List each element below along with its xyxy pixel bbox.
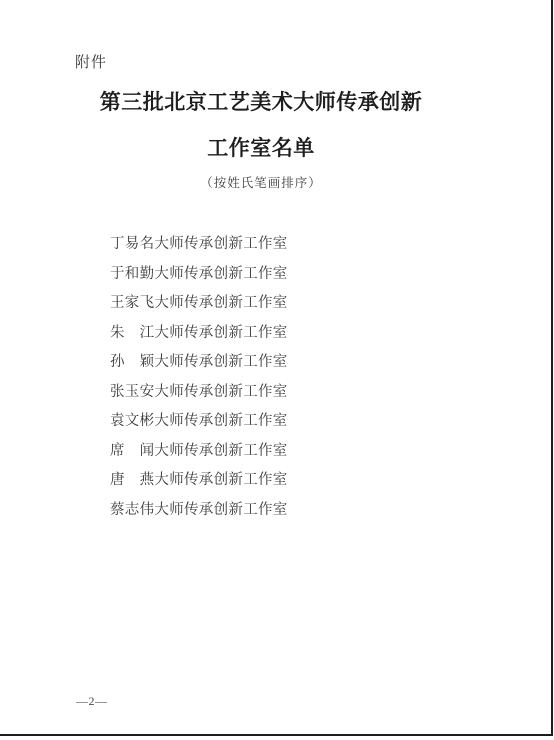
attachment-label: 附件 xyxy=(75,51,107,72)
page-number: —2— xyxy=(76,694,108,709)
studio-list-item: 朱 江大师传承创新工作室 xyxy=(110,319,470,349)
studio-list-item: 孙 颖大师传承创新工作室 xyxy=(110,348,470,378)
studio-list: 丁易名大师传承创新工作室 于和勤大师传承创新工作室 王家飞大师传承创新工作室 朱… xyxy=(110,230,470,525)
studio-list-item: 席 闻大师传承创新工作室 xyxy=(110,437,470,467)
document-title-line2: 工作室名单 xyxy=(0,132,522,162)
studio-list-item: 王家飞大师传承创新工作室 xyxy=(110,289,470,319)
studio-list-item: 蔡志伟大师传承创新工作室 xyxy=(110,496,470,526)
studio-list-item: 于和勤大师传承创新工作室 xyxy=(110,260,470,290)
document-title-line1: 第三批北京工艺美术大师传承创新 xyxy=(0,86,522,116)
sort-order-note: （按姓氏笔画排序） xyxy=(0,173,522,191)
document-page: 附件 第三批北京工艺美术大师传承创新 工作室名单 （按姓氏笔画排序） 丁易名大师… xyxy=(0,0,554,740)
studio-list-item: 袁文彬大师传承创新工作室 xyxy=(110,407,470,437)
studio-list-item: 唐 燕大师传承创新工作室 xyxy=(110,466,470,496)
studio-list-item: 丁易名大师传承创新工作室 xyxy=(110,230,470,260)
studio-list-item: 张玉安大师传承创新工作室 xyxy=(110,378,470,408)
